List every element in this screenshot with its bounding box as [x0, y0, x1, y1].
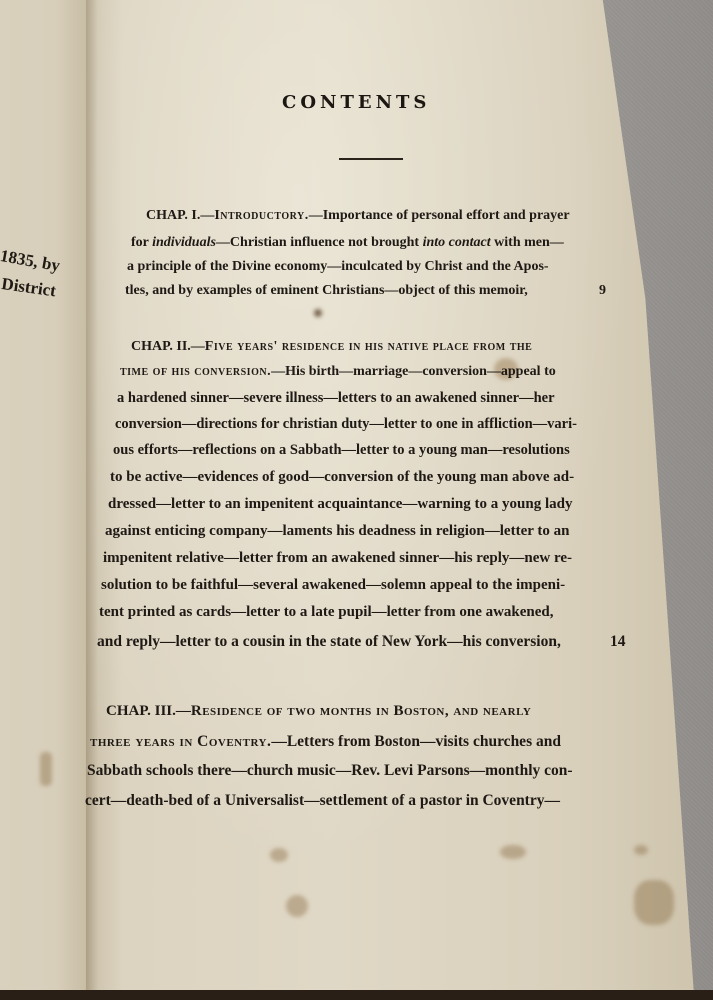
chapter-heading: Introductory.: [214, 208, 308, 223]
page-number: 9: [599, 283, 606, 299]
left-page: [0, 0, 100, 1000]
title-rule: [339, 158, 403, 160]
toc-line: to be active—evidences of good—conversio…: [110, 469, 574, 486]
toc-line: CHAP. III.—Residence of two months in Bo…: [106, 703, 531, 720]
chapter-summary: —His birth—marriage—conversion—appeal to: [271, 364, 556, 379]
italic-run: into contact: [423, 235, 491, 250]
toc-line: CHAP. I.—Introductory.—Importance of per…: [146, 208, 570, 224]
chapter-heading: Five years' residence in his native plac…: [205, 339, 533, 354]
text-run: for: [131, 235, 152, 250]
toc-line: conversion—directions for christian duty…: [115, 416, 577, 433]
chapter-summary: —Importance of personal effort and praye…: [309, 208, 570, 223]
toc-line: tent printed as cards—letter to a late p…: [99, 604, 554, 621]
toc-line: against enticing company—laments his dea…: [105, 523, 569, 540]
foxing-stain: [286, 895, 308, 917]
italic-run: individuals: [152, 235, 216, 250]
toc-line: three years in Coventry.—Letters from Bo…: [90, 733, 561, 751]
toc-line: dressed—letter to an impenitent acquaint…: [108, 496, 572, 513]
foxing-stain: [314, 309, 322, 317]
toc-line: cert—death-bed of a Universalist—settlem…: [85, 792, 560, 810]
text-run: —Christian influence not brought: [216, 235, 423, 250]
page-title: CONTENTS: [282, 92, 430, 113]
toc-line: impenitent relative—letter from an awake…: [103, 550, 572, 567]
toc-line: a principle of the Divine economy—inculc…: [127, 259, 549, 275]
toc-line: for individuals—Christian influence not …: [131, 235, 564, 251]
foxing-stain: [500, 845, 526, 859]
toc-line: tles, and by examples of eminent Christi…: [125, 283, 528, 299]
book-gutter: [86, 0, 98, 1000]
foxing-stain: [270, 848, 288, 862]
foxing-stain: [634, 845, 648, 855]
toc-line: time of his conversion.—His birth—marria…: [120, 364, 556, 380]
foxing-stain: [634, 880, 674, 925]
page-number: 14: [610, 633, 626, 651]
text-run: with men—: [491, 235, 564, 250]
chapter-summary: —Letters from Boston—visits churches and: [271, 733, 561, 750]
chapter-heading: time of his conversion.: [120, 364, 271, 379]
chapter-number: CHAP. I.—: [146, 208, 214, 223]
chapter-heading: Residence of two months in Boston, and n…: [191, 703, 531, 719]
toc-line: ous efforts—reflections on a Sabbath—let…: [113, 442, 570, 459]
page-bottom-edge: [0, 990, 713, 1000]
foxing-stain: [40, 752, 52, 786]
toc-line: Sabbath schools there—church music—Rev. …: [87, 762, 573, 780]
chapter-heading: three years in Coventry.: [90, 733, 271, 750]
toc-line: solution to be faithful—several awakened…: [101, 577, 565, 594]
toc-line: a hardened sinner—severe illness—letters…: [117, 390, 555, 407]
toc-line: and reply—letter to a cousin in the stat…: [97, 633, 561, 651]
chapter-number: CHAP. III.—: [106, 703, 191, 719]
chapter-number: CHAP. II.—: [131, 339, 205, 354]
toc-line: CHAP. II.—Five years' residence in his n…: [131, 339, 532, 355]
